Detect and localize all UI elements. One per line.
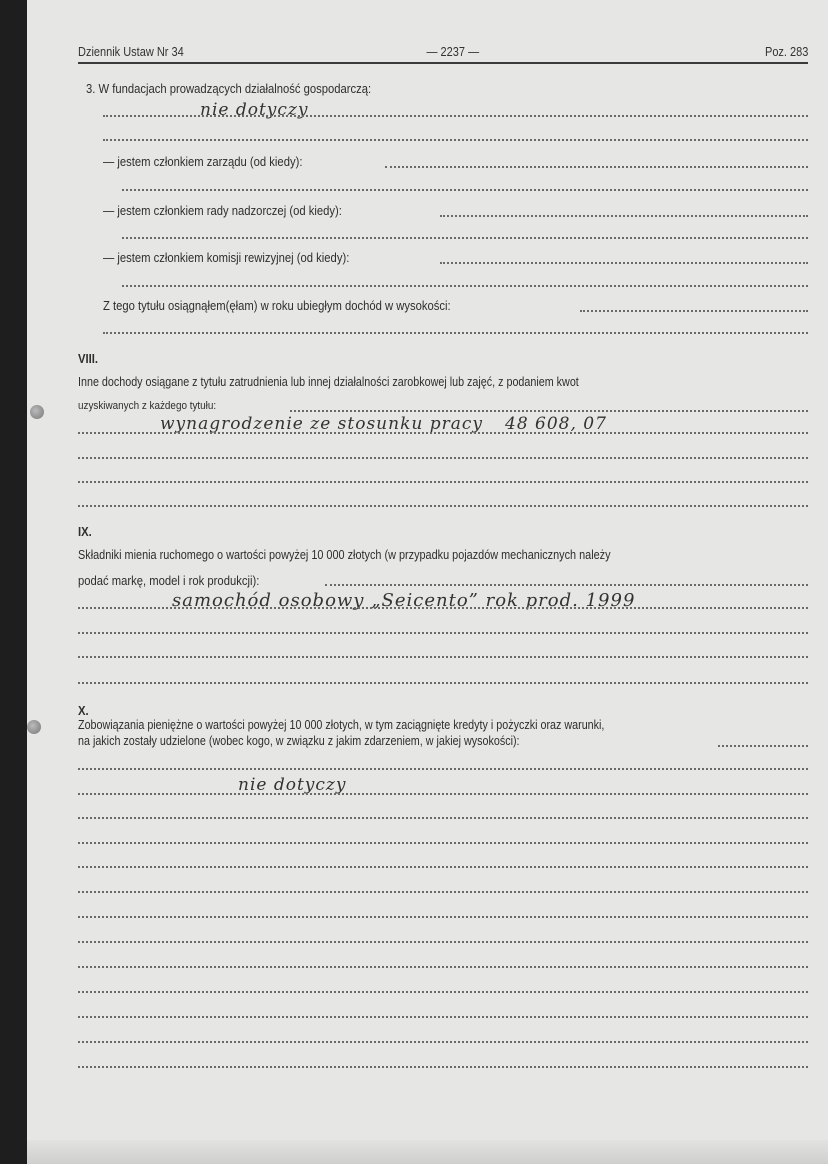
answer-line — [122, 285, 808, 287]
answer-line — [440, 262, 808, 264]
answer-line — [103, 115, 808, 117]
answer-line — [103, 332, 808, 334]
position-number: Poz. 283 — [765, 45, 808, 59]
section10-text-line2: na jakich zostały udzielone (wobec kogo,… — [78, 734, 520, 748]
answer-line — [78, 607, 808, 609]
header-rule — [78, 62, 808, 64]
answer-line — [440, 215, 808, 217]
section10-handwritten-answer: nie dotyczy — [238, 775, 346, 795]
answer-line — [78, 793, 808, 795]
answer-line — [290, 410, 808, 412]
section3-handwritten-answer: nie dotyczy — [200, 100, 308, 120]
section9-text-line2: podać markę, model i rok produkcji): — [78, 574, 259, 588]
section3-title: 3. W fundacjach prowadzących działalność… — [86, 82, 371, 96]
page-number: — 2237 — — [426, 45, 479, 59]
income-label: Z tego tytułu osiągnąłem(ęłam) w roku ub… — [103, 299, 451, 313]
answer-line — [78, 505, 808, 507]
answer-line — [78, 457, 808, 459]
answer-line — [78, 768, 808, 770]
scan-bottom-edge — [27, 1140, 828, 1164]
answer-line — [78, 941, 808, 943]
section8-text-line1: Inne dochody osiągane z tytułu zatrudnie… — [78, 375, 579, 389]
answer-line — [122, 189, 808, 191]
answer-line — [78, 1016, 808, 1018]
answer-line — [122, 237, 808, 239]
section8-text-line2: uzyskiwanych z każdego tytułu: — [78, 400, 216, 412]
page-header: Dziennik Ustaw Nr 34 — 2237 — Poz. 283 — [78, 45, 720, 63]
board-member-label: — jestem członkiem zarządu (od kiedy): — [103, 155, 302, 169]
section8-handwritten-amount: 48 608, 07 — [505, 414, 607, 434]
section8-handwritten-source: wynagrodzenie ze stosunku pracy — [160, 414, 483, 434]
answer-line — [78, 866, 808, 868]
answer-line — [78, 632, 808, 634]
answer-line — [385, 166, 808, 168]
punch-hole-mark — [27, 720, 41, 734]
answer-line — [78, 682, 808, 684]
section9-heading: IX. — [78, 525, 92, 539]
answer-line — [78, 891, 808, 893]
supervisory-board-label: — jestem członkiem rady nadzorczej (od k… — [103, 204, 342, 218]
section10-heading: X. — [78, 704, 89, 718]
answer-line — [78, 656, 808, 658]
answer-line — [325, 584, 808, 586]
audit-committee-label: — jestem członkiem komisji rewizyjnej (o… — [103, 251, 349, 265]
section9-text-line1: Składniki mienia ruchomego o wartości po… — [78, 548, 611, 562]
journal-title: Dziennik Ustaw Nr 34 — [78, 45, 184, 59]
punch-hole-mark — [30, 405, 44, 419]
answer-line — [78, 1041, 808, 1043]
answer-line — [580, 310, 808, 312]
answer-line — [78, 916, 808, 918]
answer-line — [78, 481, 808, 483]
answer-line — [78, 1066, 808, 1068]
answer-line — [78, 432, 808, 434]
answer-line — [78, 842, 808, 844]
answer-line — [103, 139, 808, 141]
answer-line — [718, 745, 808, 747]
answer-line — [78, 817, 808, 819]
answer-line — [78, 966, 808, 968]
section10-text-line1: Zobowiązania pieniężne o wartości powyże… — [78, 718, 604, 732]
section8-heading: VIII. — [78, 352, 98, 366]
answer-line — [78, 991, 808, 993]
scan-binding-strip — [0, 0, 27, 1164]
